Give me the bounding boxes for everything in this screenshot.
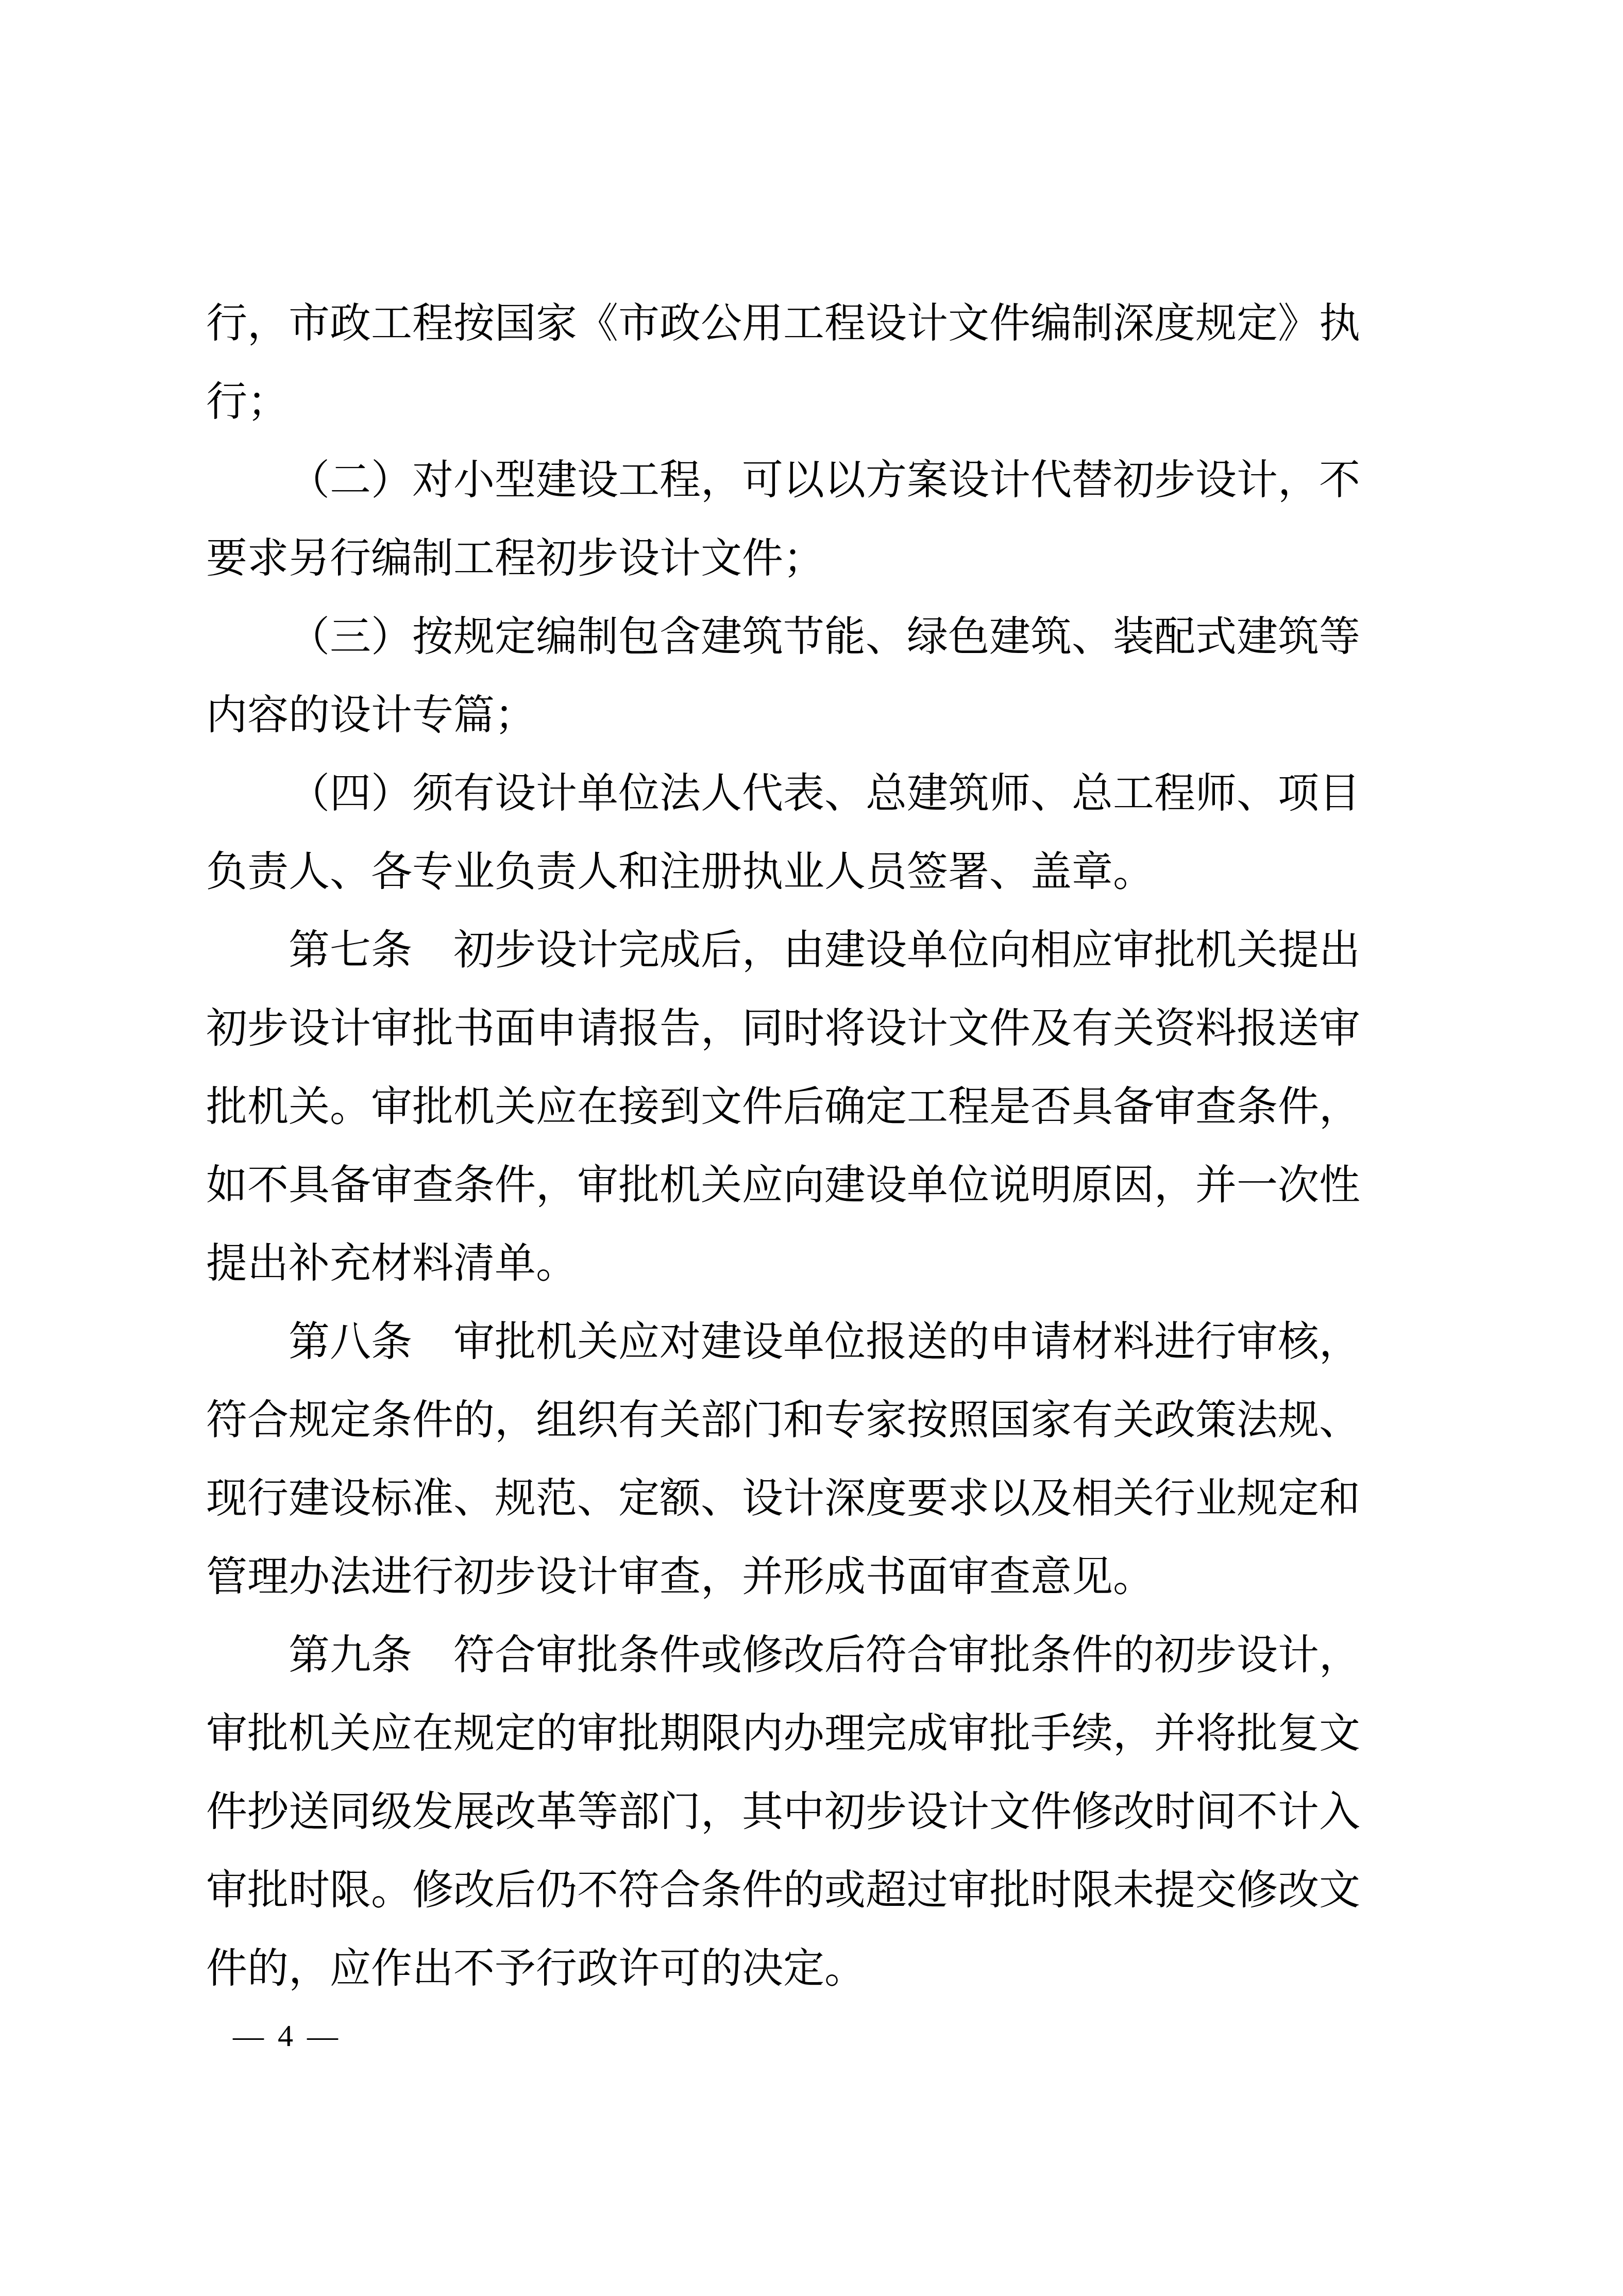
text-line: （四）须有设计单位法人代表、总建筑师、总工程师、项目 — [206, 755, 1360, 833]
text-line: 要求另行编制工程初步设计文件； — [206, 519, 1360, 598]
text-line: 批机关。审批机关应在接到文件后确定工程是否具备审查条件， — [206, 1068, 1360, 1146]
document-body: 行，市政工程按国家《市政公用工程设计文件编制深度规定》执行；（二）对小型建设工程… — [206, 284, 1360, 2008]
text-line: （三）按规定编制包含建筑节能、绿色建筑、装配式建筑等 — [206, 598, 1360, 676]
text-line: 初步设计审批书面申请报告，同时将设计文件及有关资料报送审 — [206, 990, 1360, 1068]
text-line: 内容的设计专篇； — [206, 676, 1360, 755]
document-page: 行，市政工程按国家《市政公用工程设计文件编制深度规定》执行；（二）对小型建设工程… — [0, 0, 1623, 2296]
text-line: 负责人、各专业负责人和注册执业人员签署、盖章。 — [206, 833, 1360, 911]
text-line: 件的，应作出不予行政许可的决定。 — [206, 1930, 1360, 2008]
text-line: 审批时限。修改后仍不符合条件的或超过审批时限未提交修改文 — [206, 1851, 1360, 1930]
text-line: 第七条 初步设计完成后，由建设单位向相应审批机关提出 — [206, 911, 1360, 990]
text-line: 第八条 审批机关应对建设单位报送的申请材料进行审核， — [206, 1303, 1360, 1381]
text-line: 提出补充材料清单。 — [206, 1225, 1360, 1303]
text-line: （二）对小型建设工程，可以以方案设计代替初步设计，不 — [206, 441, 1360, 519]
text-line: 如不具备审查条件，审批机关应向建设单位说明原因，并一次性 — [206, 1146, 1360, 1225]
text-line: 管理办法进行初步设计审查，并形成书面审查意见。 — [206, 1538, 1360, 1616]
text-line: 行； — [206, 363, 1360, 441]
text-line: 第九条 符合审批条件或修改后符合审批条件的初步设计， — [206, 1616, 1360, 1695]
page-number: — 4 — — [233, 1996, 341, 2076]
text-line: 审批机关应在规定的审批期限内办理完成审批手续，并将批复文 — [206, 1695, 1360, 1773]
text-line: 符合规定条件的，组织有关部门和专家按照国家有关政策法规、 — [206, 1381, 1360, 1460]
text-line: 现行建设标准、规范、定额、设计深度要求以及相关行业规定和 — [206, 1460, 1360, 1538]
text-line: 行，市政工程按国家《市政公用工程设计文件编制深度规定》执 — [206, 284, 1360, 363]
text-line: 件抄送同级发展改革等部门，其中初步设计文件修改时间不计入 — [206, 1773, 1360, 1851]
